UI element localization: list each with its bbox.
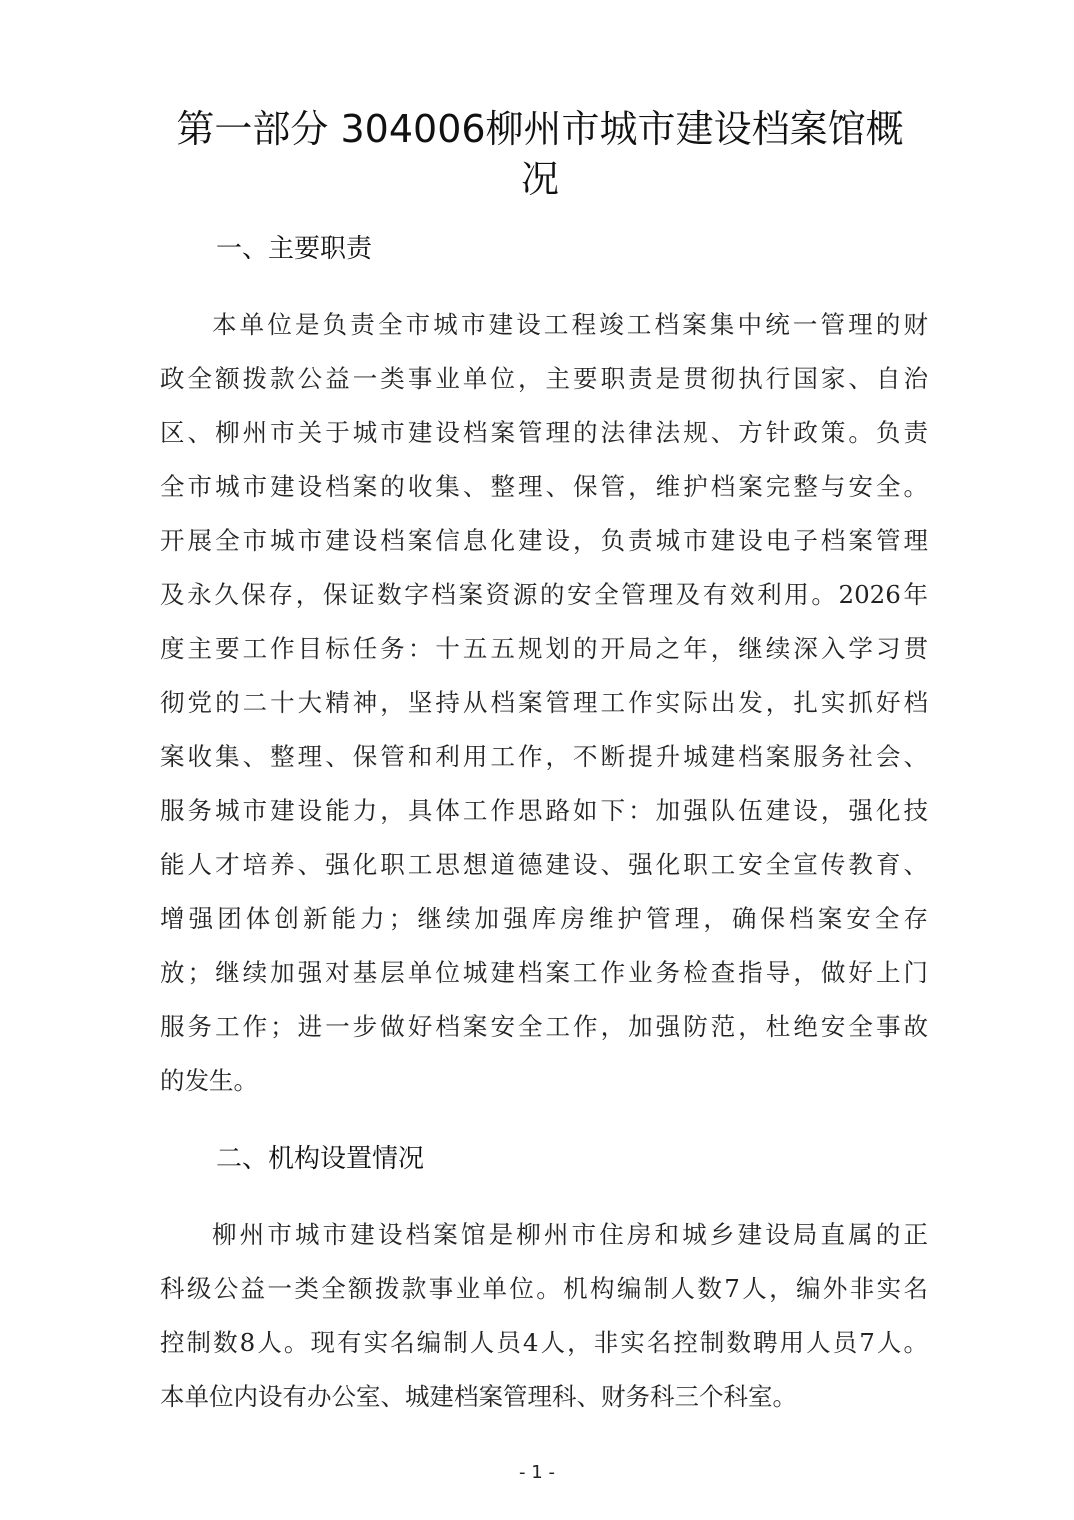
paragraph-line: 柳州市城市建设档案馆是柳州市住房和城乡建设局直属的正 [212,1219,928,1251]
paragraph-line: 全市城市建设档案的收集、整理、保管，维护档案完整与安全。 [160,471,928,503]
section-heading-organization: 二、机构设置情况 [216,1142,424,1176]
paragraph-line: 政全额拨款公益一类事业单位，主要职责是贯彻执行国家、自治 [160,363,928,395]
paragraph-line: 区、柳州市关于城市建设档案管理的法律法规、方针政策。负责 [160,417,928,449]
paragraph-line: 能人才培养、强化职工思想道德建设、强化职工安全宣传教育、 [160,849,928,881]
section-heading-duties: 一、主要职责 [216,232,372,266]
page-number: - 1 - [0,1462,1074,1483]
paragraph-line: 及永久保存，保证数字档案资源的安全管理及有效利用。2026年 [160,579,928,611]
page-title: 第一部分 304006柳州市城市建设档案馆概 况 [150,104,930,204]
paragraph-line: 案收集、整理、保管和利用工作，不断提升城建档案服务社会、 [160,741,928,773]
paragraph-line: 彻党的二十大精神，坚持从档案管理工作实际出发，扎实抓好档 [160,687,928,719]
title-line-1: 第一部分 304006柳州市城市建设档案馆概 [150,104,930,154]
paragraph-line: 本单位是负责全市城市建设工程竣工档案集中统一管理的财 [212,309,928,341]
paragraph-line: 度主要工作目标任务：十五五规划的开局之年，继续深入学习贯 [160,633,928,665]
paragraph-line: 本单位内设有办公室、城建档案管理科、财务科三个科室。 [160,1381,928,1413]
paragraph-line: 的发生。 [160,1065,928,1097]
paragraph-line: 开展全市城市建设档案信息化建设，负责城市建设电子档案管理 [160,525,928,557]
paragraph-line: 服务城市建设能力，具体工作思路如下：加强队伍建设，强化技 [160,795,928,827]
paragraph-line: 增强团体创新能力；继续加强库房维护管理，确保档案安全存 [160,903,928,935]
paragraph-line: 服务工作；进一步做好档案安全工作，加强防范，杜绝安全事故 [160,1011,928,1043]
paragraph-line: 科级公益一类全额拨款事业单位。机构编制人数7人，编外非实名 [160,1273,928,1305]
paragraph-line: 放；继续加强对基层单位城建档案工作业务检查指导，做好上门 [160,957,928,989]
title-line-2: 况 [150,154,930,204]
paragraph-line: 控制数8人。现有实名编制人员4人，非实名控制数聘用人员7人。 [160,1327,928,1359]
